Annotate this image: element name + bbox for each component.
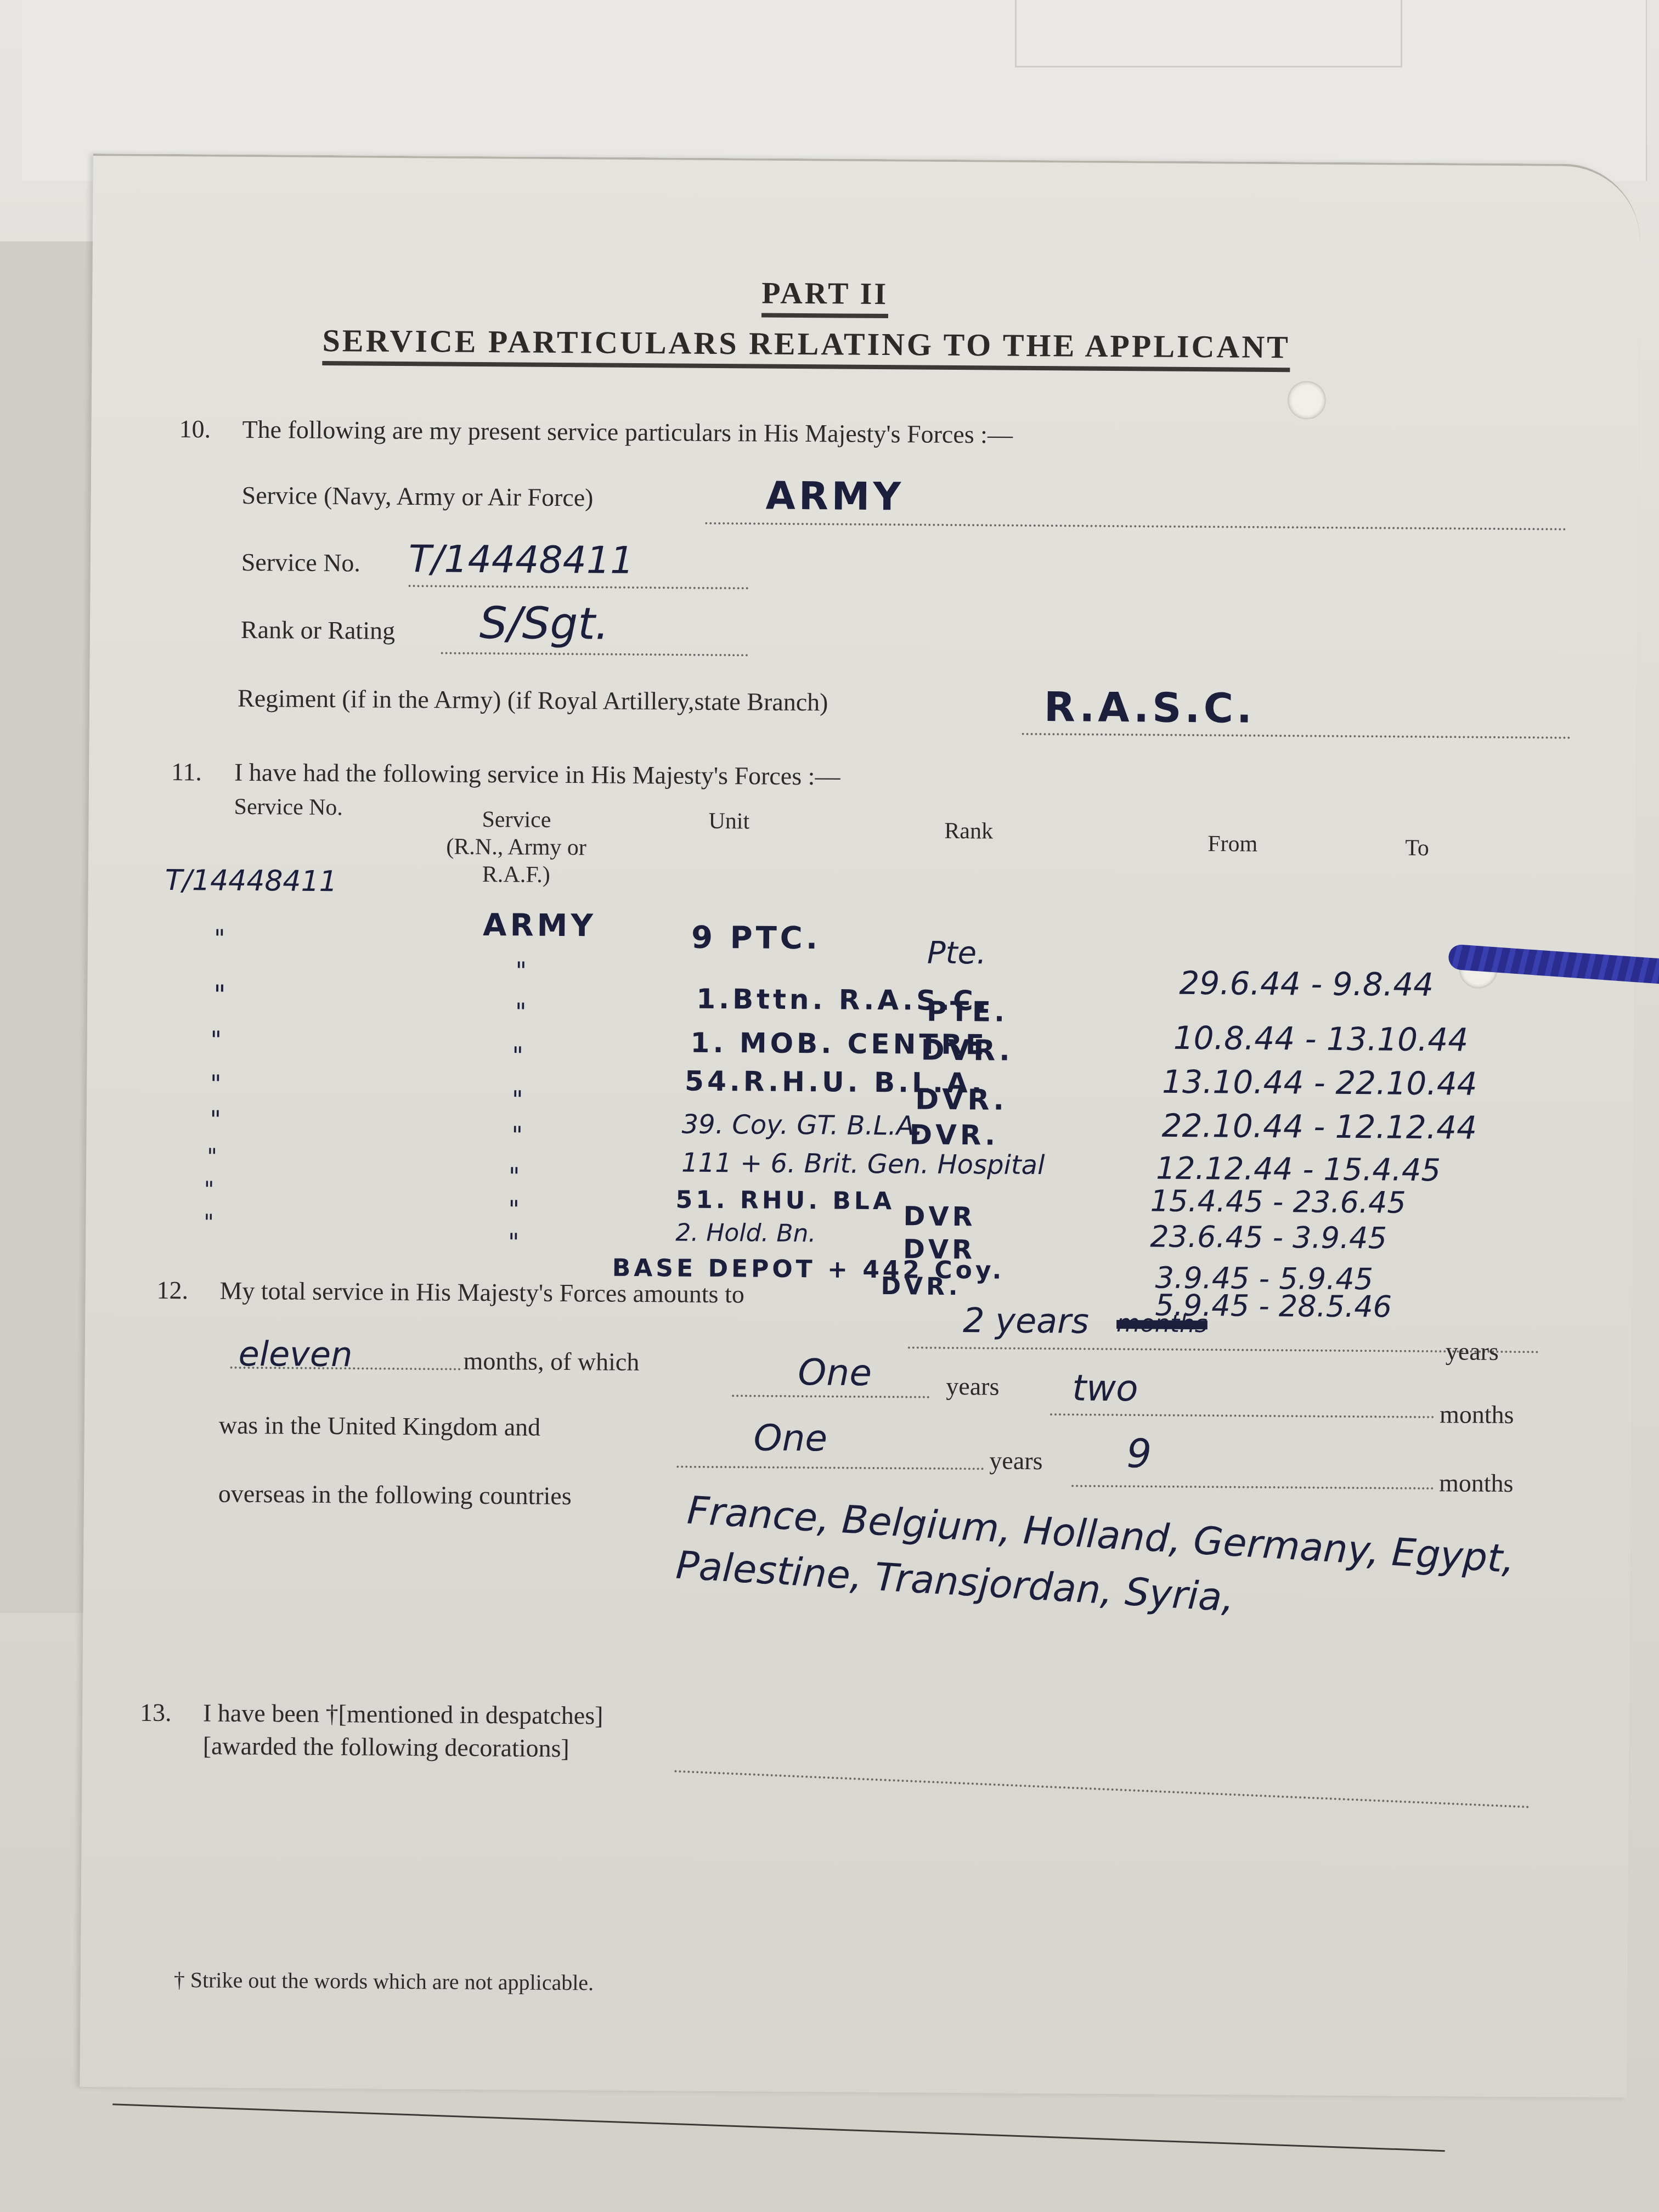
months-of-which-label: months, of which [463,1346,639,1376]
row-rank[interactable]: DVR [903,1201,975,1232]
first-service-no[interactable]: T/14448411 [165,864,337,898]
col-header-service-no: Service No. [234,793,343,821]
q10-number: 10. [179,414,211,443]
col-header-service-line1: Service [428,805,604,834]
row-service[interactable]: ARMY [483,907,596,944]
rank-dotted-line [441,652,748,656]
row-rank[interactable]: Pte. [927,935,986,972]
q10-intro: The following are my present service par… [242,415,1013,449]
row-service[interactable]: " [508,1195,520,1223]
overseas-months-value[interactable]: 9 [1126,1430,1152,1476]
row-service-no[interactable]: " [204,1177,215,1202]
rank-label: Rank or Rating [241,615,395,645]
service-no-value[interactable]: T/14448411 [409,538,634,583]
rank-value[interactable]: S/Sgt. [479,597,610,650]
service-dotted-line [705,522,1566,531]
col-header-rank: Rank [944,817,993,845]
total-years-word: years [1446,1336,1499,1366]
col-header-unit: Unit [708,808,749,836]
overseas-months-word: months [1439,1468,1514,1498]
total-years-value[interactable]: 2 years [963,1300,1089,1341]
uk-years-word: years [946,1372,999,1401]
row-service-no[interactable]: " [211,1026,222,1054]
q13-number: 13. [140,1698,172,1727]
col-header-service: Service (R.N., Army or R.A.F.) [428,805,605,889]
total-years-dotted-line [908,1346,1539,1353]
row-dates[interactable]: 15.4.45 - 23.6.45 [1150,1183,1406,1220]
row-dates[interactable]: 22.10.44 - 12.12.44 [1161,1107,1477,1147]
q11-intro: I have had the following service in His … [234,758,840,791]
col-header-service-line2: (R.N., Army or [428,833,604,861]
regiment-label: Regiment (if in the Army) (if Royal Arti… [238,684,828,717]
service-no-label: Service No. [241,548,361,578]
row-rank[interactable]: DVR. [881,1272,961,1301]
row-unit[interactable]: 39. Coy. GT. B.L.A. [681,1109,923,1142]
overseas-years-dotted-line [676,1465,984,1470]
overseas-years-word: years [989,1446,1042,1475]
left-folder-flap [0,241,95,1613]
form-page: PART II SERVICE PARTICULARS RELATING TO … [80,154,1640,2098]
row-rank[interactable]: PTE. [927,996,1008,1028]
uk-months-word: months [1440,1400,1514,1429]
q11-number: 11. [171,757,202,786]
row-rank[interactable]: DVR. [909,1119,998,1151]
regiment-value[interactable]: R.A.S.C. [1044,684,1256,732]
q12-number: 12. [156,1276,188,1305]
part-label: PART II [761,276,888,319]
row-service[interactable]: " [512,1042,523,1070]
row-unit[interactable]: 2. Hold. Bn. [675,1218,816,1248]
row-service[interactable]: " [515,957,527,985]
row-unit[interactable]: 9 PTC. [691,920,821,957]
uk-years-value[interactable]: One [798,1351,872,1394]
service-value[interactable]: ARMY [765,473,904,520]
regiment-dotted-line [1022,733,1571,739]
total-months-value[interactable]: eleven [238,1334,352,1374]
col-header-from: From [1207,830,1257,858]
underlying-sheet [22,0,1647,181]
section-title: SERVICE PARTICULARS RELATING TO THE APPL… [322,322,1290,372]
row-unit[interactable]: 51. RHU. BLA [676,1186,895,1215]
q12-line1: My total service in His Majesty's Forces… [219,1276,744,1309]
row-service-no[interactable]: " [207,1144,217,1169]
row-dates[interactable]: 29.6.44 - 9.8.44 [1179,964,1434,1003]
col-header-service-line3: R.A.F.) [428,860,604,889]
service-label: Service (Navy, Army or Air Force) [241,481,593,512]
row-service-no[interactable]: " [214,925,225,953]
row-service-no[interactable]: " [204,1210,214,1235]
row-dates[interactable]: 13.10.44 - 22.10.44 [1162,1063,1477,1103]
row-service[interactable]: " [515,998,527,1026]
row-dates[interactable]: 10.8.44 - 13.10.44 [1173,1019,1469,1059]
uk-months-value[interactable]: two [1072,1367,1138,1410]
uk-months-dotted-line [1050,1413,1434,1418]
row-service-no[interactable]: " [213,980,225,1011]
uk-label: was in the United Kingdom and [219,1410,541,1442]
countries-label: overseas in the following countries [218,1479,572,1510]
punch-hole-top [1288,381,1326,419]
q13-line2: [awarded the following decorations] [203,1731,569,1763]
footnote: † Strike out the words which are not app… [174,1967,594,1995]
row-rank[interactable]: DVR. [921,1034,1013,1068]
row-dates[interactable]: 12.12.44 - 15.4.45 [1156,1151,1441,1189]
uk-years-dotted-line [732,1395,929,1398]
row-service-no[interactable]: " [210,1106,222,1134]
row-unit[interactable]: 111 + 6. Brit. Gen. Hospital [681,1148,1045,1181]
row-service[interactable]: " [508,1228,520,1256]
row-service[interactable]: " [509,1163,520,1190]
overseas-years-value[interactable]: One [753,1417,827,1459]
overseas-months-dotted-line [1071,1485,1434,1490]
q13-line1: I have been †[mentioned in despatches] [203,1698,603,1730]
service-no-dotted-line [408,585,748,589]
row-service[interactable]: " [512,1086,523,1114]
faint-stamp-box [1015,0,1402,67]
total-struck-text: months [1116,1310,1207,1338]
row-dates[interactable]: 23.6.45 - 3.9.45 [1150,1219,1387,1255]
decorations-dotted-line[interactable] [674,1770,1530,1808]
row-rank[interactable]: DVR. [915,1084,1008,1117]
row-service-no[interactable]: " [210,1070,222,1098]
row-service[interactable]: " [511,1121,523,1149]
col-header-to: To [1405,834,1429,862]
